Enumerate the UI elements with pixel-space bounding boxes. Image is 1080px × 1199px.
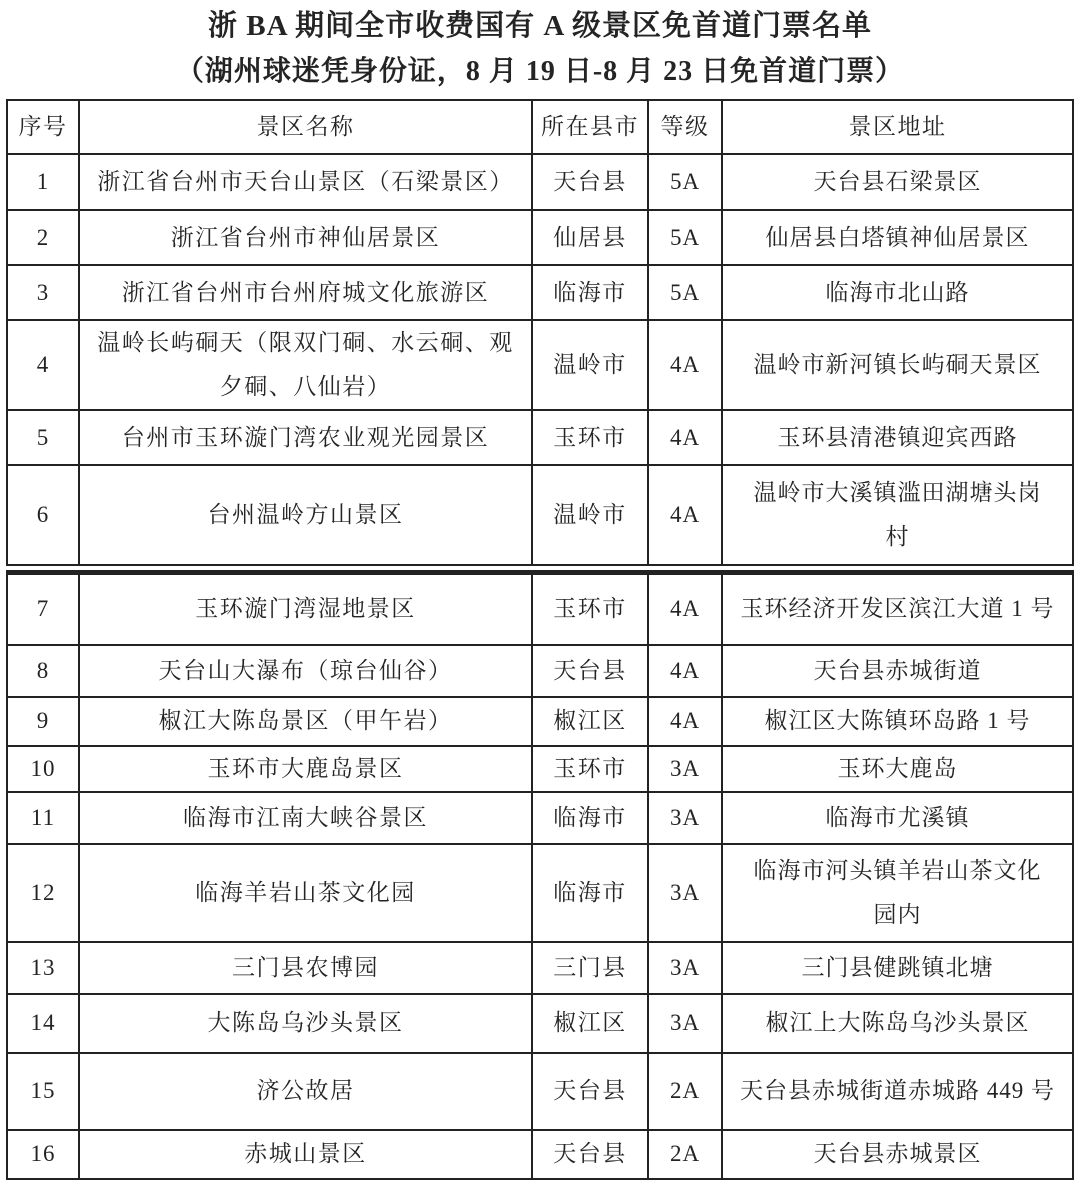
cell-grade: 5A bbox=[648, 154, 722, 210]
cell-scenic-name: 台州市玉环漩门湾农业观光园景区 bbox=[79, 410, 532, 465]
cell-grade: 3A bbox=[648, 844, 722, 942]
table-row: 10玉环市大鹿岛景区玉环市3A玉环大鹿岛 bbox=[7, 746, 1073, 792]
cell-grade: 5A bbox=[648, 210, 722, 265]
cell-address: 天台县赤城街道 bbox=[722, 645, 1073, 697]
document-title: 浙 BA 期间全市收费国有 A 级景区免首道门票名单 bbox=[0, 6, 1080, 46]
cell-grade: 4A bbox=[648, 645, 722, 697]
cell-county: 温岭市 bbox=[532, 465, 648, 565]
cell-address: 椒江区大陈镇环岛路 1 号 bbox=[722, 697, 1073, 746]
cell-scenic-name: 浙江省台州市台州府城文化旅游区 bbox=[79, 265, 532, 320]
col-header-address: 景区地址 bbox=[722, 100, 1073, 154]
cell-index: 7 bbox=[7, 573, 79, 645]
cell-grade: 4A bbox=[648, 465, 722, 565]
cell-scenic-name: 温岭长屿硐天（限双门硐、水云硐、观 夕硐、八仙岩） bbox=[79, 320, 532, 410]
cell-address: 椒江上大陈岛乌沙头景区 bbox=[722, 994, 1073, 1053]
cell-scenic-name: 三门县农博园 bbox=[79, 942, 532, 994]
cell-county: 温岭市 bbox=[532, 320, 648, 410]
table-row: 11临海市江南大峡谷景区临海市3A临海市尤溪镇 bbox=[7, 792, 1073, 844]
cell-address: 临海市北山路 bbox=[722, 265, 1073, 320]
cell-county: 椒江区 bbox=[532, 697, 648, 746]
cell-scenic-name: 天台山大瀑布（琼台仙谷） bbox=[79, 645, 532, 697]
cell-scenic-name: 济公故居 bbox=[79, 1053, 532, 1130]
cell-scenic-name: 台州温岭方山景区 bbox=[79, 465, 532, 565]
cell-grade: 3A bbox=[648, 792, 722, 844]
cell-index: 2 bbox=[7, 210, 79, 265]
cell-grade: 4A bbox=[648, 573, 722, 645]
document-subtitle: （湖州球迷凭身份证，8 月 19 日-8 月 23 日免首道门票） bbox=[0, 52, 1080, 92]
cell-index: 5 bbox=[7, 410, 79, 465]
col-header-county: 所在县市 bbox=[532, 100, 648, 154]
cell-index: 8 bbox=[7, 645, 79, 697]
cell-scenic-name: 椒江大陈岛景区（甲午岩） bbox=[79, 697, 532, 746]
cell-address: 温岭市大溪镇滥田湖塘头岗 村 bbox=[722, 465, 1073, 565]
cell-index: 6 bbox=[7, 465, 79, 565]
cell-address: 温岭市新河镇长屿硐天景区 bbox=[722, 320, 1073, 410]
cell-index: 11 bbox=[7, 792, 79, 844]
cell-county: 临海市 bbox=[532, 844, 648, 942]
cell-scenic-name: 临海市江南大峡谷景区 bbox=[79, 792, 532, 844]
cell-address: 天台县赤城景区 bbox=[722, 1130, 1073, 1179]
cell-county: 天台县 bbox=[532, 1053, 648, 1130]
cell-address: 玉环大鹿岛 bbox=[722, 746, 1073, 792]
cell-address: 仙居县白塔镇神仙居景区 bbox=[722, 210, 1073, 265]
cell-grade: 4A bbox=[648, 697, 722, 746]
cell-address: 临海市尤溪镇 bbox=[722, 792, 1073, 844]
cell-address: 临海市河头镇羊岩山茶文化 园内 bbox=[722, 844, 1073, 942]
cell-county: 玉环市 bbox=[532, 746, 648, 792]
cell-address: 玉环县清港镇迎宾西路 bbox=[722, 410, 1073, 465]
cell-county: 临海市 bbox=[532, 792, 648, 844]
cell-scenic-name: 玉环市大鹿岛景区 bbox=[79, 746, 532, 792]
cell-grade: 3A bbox=[648, 994, 722, 1053]
table-row: 6台州温岭方山景区温岭市4A温岭市大溪镇滥田湖塘头岗 村 bbox=[7, 465, 1073, 565]
cell-scenic-name: 玉环漩门湾湿地景区 bbox=[79, 573, 532, 645]
table-row: 13三门县农博园三门县3A三门县健跳镇北塘 bbox=[7, 942, 1073, 994]
cell-scenic-name: 大陈岛乌沙头景区 bbox=[79, 994, 532, 1053]
cell-index: 1 bbox=[7, 154, 79, 210]
table-row: 7玉环漩门湾湿地景区玉环市4A玉环经济开发区滨江大道 1 号 bbox=[7, 573, 1073, 645]
cell-index: 15 bbox=[7, 1053, 79, 1130]
cell-index: 13 bbox=[7, 942, 79, 994]
cell-county: 三门县 bbox=[532, 942, 648, 994]
table-row: 3浙江省台州市台州府城文化旅游区临海市5A临海市北山路 bbox=[7, 265, 1073, 320]
cell-address: 三门县健跳镇北塘 bbox=[722, 942, 1073, 994]
document-page: 浙 BA 期间全市收费国有 A 级景区免首道门票名单 （湖州球迷凭身份证，8 月… bbox=[0, 0, 1080, 1199]
cell-grade: 3A bbox=[648, 746, 722, 792]
cell-scenic-name: 临海羊岩山茶文化园 bbox=[79, 844, 532, 942]
cell-scenic-name: 赤城山景区 bbox=[79, 1130, 532, 1179]
cell-address: 天台县赤城街道赤城路 449 号 bbox=[722, 1053, 1073, 1130]
col-header-index: 序号 bbox=[7, 100, 79, 154]
table-row: 1浙江省台州市天台山景区（石梁景区）天台县5A天台县石梁景区 bbox=[7, 154, 1073, 210]
cell-county: 天台县 bbox=[532, 645, 648, 697]
cell-grade: 5A bbox=[648, 265, 722, 320]
cell-index: 10 bbox=[7, 746, 79, 792]
col-header-grade: 等级 bbox=[648, 100, 722, 154]
cell-address: 天台县石梁景区 bbox=[722, 154, 1073, 210]
cell-index: 16 bbox=[7, 1130, 79, 1179]
table-row: 5台州市玉环漩门湾农业观光园景区玉环市4A玉环县清港镇迎宾西路 bbox=[7, 410, 1073, 465]
cell-county: 天台县 bbox=[532, 154, 648, 210]
table-row: 12临海羊岩山茶文化园临海市3A临海市河头镇羊岩山茶文化 园内 bbox=[7, 844, 1073, 942]
table-row: 9椒江大陈岛景区（甲午岩）椒江区4A椒江区大陈镇环岛路 1 号 bbox=[7, 697, 1073, 746]
cell-grade: 2A bbox=[648, 1130, 722, 1179]
cell-grade: 4A bbox=[648, 320, 722, 410]
table-row: 14大陈岛乌沙头景区椒江区3A椒江上大陈岛乌沙头景区 bbox=[7, 994, 1073, 1053]
table-row: 4温岭长屿硐天（限双门硐、水云硐、观 夕硐、八仙岩）温岭市4A温岭市新河镇长屿硐… bbox=[7, 320, 1073, 410]
table-row: 2浙江省台州市神仙居景区仙居县5A仙居县白塔镇神仙居景区 bbox=[7, 210, 1073, 265]
scenic-area-table-section-2: 7玉环漩门湾湿地景区玉环市4A玉环经济开发区滨江大道 1 号8天台山大瀑布（琼台… bbox=[6, 570, 1074, 1180]
cell-county: 玉环市 bbox=[532, 573, 648, 645]
table-row: 15济公故居天台县2A天台县赤城街道赤城路 449 号 bbox=[7, 1053, 1073, 1130]
scenic-area-table-section-1: 序号景区名称所在县市等级景区地址 1浙江省台州市天台山景区（石梁景区）天台县5A… bbox=[6, 99, 1074, 566]
cell-scenic-name: 浙江省台州市天台山景区（石梁景区） bbox=[79, 154, 532, 210]
cell-county: 椒江区 bbox=[532, 994, 648, 1053]
cell-county: 临海市 bbox=[532, 265, 648, 320]
cell-county: 玉环市 bbox=[532, 410, 648, 465]
cell-index: 14 bbox=[7, 994, 79, 1053]
cell-grade: 4A bbox=[648, 410, 722, 465]
cell-address: 玉环经济开发区滨江大道 1 号 bbox=[722, 573, 1073, 645]
cell-index: 9 bbox=[7, 697, 79, 746]
cell-grade: 2A bbox=[648, 1053, 722, 1130]
col-header-scenic-name: 景区名称 bbox=[79, 100, 532, 154]
table-row: 8天台山大瀑布（琼台仙谷）天台县4A天台县赤城街道 bbox=[7, 645, 1073, 697]
cell-scenic-name: 浙江省台州市神仙居景区 bbox=[79, 210, 532, 265]
table-header-row: 序号景区名称所在县市等级景区地址 bbox=[7, 100, 1073, 154]
cell-county: 仙居县 bbox=[532, 210, 648, 265]
cell-index: 4 bbox=[7, 320, 79, 410]
cell-index: 3 bbox=[7, 265, 79, 320]
table-row: 16赤城山景区天台县2A天台县赤城景区 bbox=[7, 1130, 1073, 1179]
cell-county: 天台县 bbox=[532, 1130, 648, 1179]
cell-grade: 3A bbox=[648, 942, 722, 994]
cell-index: 12 bbox=[7, 844, 79, 942]
